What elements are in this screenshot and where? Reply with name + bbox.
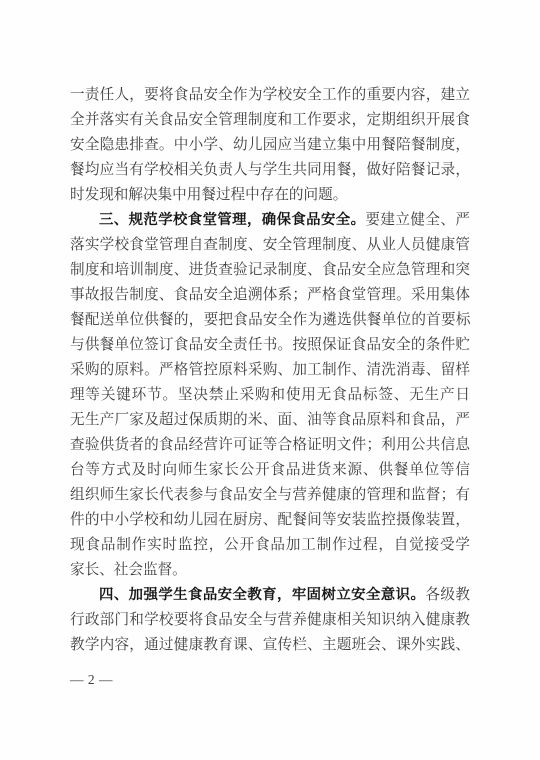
text-run: 安全隐患排查。中小学、幼儿园应当建立集中用餐陪餐制度，每 — [70, 137, 470, 158]
text-run: 组织师生家长代表参与食品安全与营养健康的管理和监督；有条 — [70, 487, 470, 508]
text-run: 时发现和解决集中用餐过程中存在的问题。 — [70, 187, 347, 203]
text-run: 无生产厂家及超过保质期的米、面、油等食品原料和食品，严格 — [70, 412, 470, 433]
text-run: 台等方式及时向师生家长公开食品进货来源、供餐单位等信息， — [70, 462, 470, 483]
text-run: 餐均应当有学校相关负责人与学生共同用餐，做好陪餐记录，及 — [70, 162, 470, 183]
text-run: 全并落实有关食品安全管理制度和工作要求，定期组织开展食品 — [70, 112, 470, 133]
section-heading-line: 三、规范学校食堂管理，确保食品安全。要建立健全、严格 — [70, 208, 470, 233]
paragraph: 四、加强学生食品安全教育，牢固树立安全意识。各级教育行政部门和学校要将食品安全与… — [70, 583, 470, 658]
text-line: 理等关键环节。坚决禁止采购和使用无食品标签、无生产日期、 — [70, 383, 470, 408]
text-run: 采购的原料。严格管控原料采购、加工制作、清洗消毒、留样管 — [70, 362, 470, 383]
text-line: 一责任人，要将食品安全作为学校安全工作的重要内容，建立健 — [70, 83, 470, 108]
text-line: 组织师生家长代表参与食品安全与营养健康的管理和监督；有条 — [70, 483, 470, 508]
text-line: 现食品制作实时监控，公开食品加工制作过程，自觉接受学生、 — [70, 533, 470, 558]
text-run: 家长、社会监督。 — [70, 562, 187, 578]
text-run: 餐配送单位供餐的，要把食品安全作为遴选供餐单位的首要标准， — [70, 312, 470, 333]
text-line: 采购的原料。严格管控原料采购、加工制作、清洗消毒、留样管 — [70, 358, 470, 383]
page-number: — 2 — — [70, 671, 113, 688]
text-run: 与供餐单位签订食品安全责任书。按照保证食品安全的条件贮存 — [70, 337, 470, 358]
text-run: 件的中小学校和幼儿园在厨房、配餐间等安装监控摄像装置，实 — [70, 512, 470, 533]
text-run: 落实学校食堂管理自查制度、安全管理制度、从业人员健康管理 — [70, 237, 470, 258]
text-line: 无生产厂家及超过保质期的米、面、油等食品原料和食品，严格 — [70, 408, 470, 433]
text-line: 安全隐患排查。中小学、幼儿园应当建立集中用餐陪餐制度，每 — [70, 133, 470, 158]
text-run: 查验供货者的食品经营许可证等合格证明文件；利用公共信息平 — [70, 437, 470, 458]
text-line: 全并落实有关食品安全管理制度和工作要求，定期组织开展食品 — [70, 108, 470, 133]
text-line: 时发现和解决集中用餐过程中存在的问题。 — [70, 183, 470, 208]
paragraph: 一责任人，要将食品安全作为学校安全工作的重要内容，建立健全并落实有关食品安全管理… — [70, 83, 470, 208]
section-heading-line: 四、加强学生食品安全教育，牢固树立安全意识。各级教育 — [70, 583, 470, 608]
document-page: 一责任人，要将食品安全作为学校安全工作的重要内容，建立健全并落实有关食品安全管理… — [0, 0, 540, 760]
text-run: 行政部门和学校要将食品安全与营养健康相关知识纳入健康教育 — [70, 612, 470, 633]
text-line: 制度和培训制度、进货查验记录制度、食品安全应急管理和突发 — [70, 258, 470, 283]
text-line: 落实学校食堂管理自查制度、安全管理制度、从业人员健康管理 — [70, 233, 470, 258]
text-run: 现食品制作实时监控，公开食品加工制作过程，自觉接受学生、 — [70, 537, 470, 558]
text-line: 台等方式及时向师生家长公开食品进货来源、供餐单位等信息， — [70, 458, 470, 483]
text-run: 教学内容，通过健康教育课、宣传栏、主题班会、课外实践、新 — [70, 637, 470, 658]
text-line: 与供餐单位签订食品安全责任书。按照保证食品安全的条件贮存 — [70, 333, 470, 358]
section-heading: 四、加强学生食品安全教育，牢固树立安全意识。 — [99, 587, 425, 603]
paragraph: 三、规范学校食堂管理，确保食品安全。要建立健全、严格落实学校食堂管理自查制度、安… — [70, 208, 470, 583]
text-run: 事故报告制度、食品安全追溯体系；严格食堂管理。采用集体用 — [70, 287, 470, 308]
text-line: 行政部门和学校要将食品安全与营养健康相关知识纳入健康教育 — [70, 608, 470, 633]
text-run: 理等关键环节。坚决禁止采购和使用无食品标签、无生产日期、 — [70, 387, 470, 408]
text-run: 制度和培训制度、进货查验记录制度、食品安全应急管理和突发 — [70, 262, 470, 283]
text-block: 一责任人，要将食品安全作为学校安全工作的重要内容，建立健全并落实有关食品安全管理… — [70, 83, 470, 658]
text-line: 件的中小学校和幼儿园在厨房、配餐间等安装监控摄像装置，实 — [70, 508, 470, 533]
text-line: 餐均应当有学校相关负责人与学生共同用餐，做好陪餐记录，及 — [70, 158, 470, 183]
text-line: 查验供货者的食品经营许可证等合格证明文件；利用公共信息平 — [70, 433, 470, 458]
text-run: 一责任人，要将食品安全作为学校安全工作的重要内容，建立健 — [70, 87, 470, 108]
text-line: 餐配送单位供餐的，要把食品安全作为遴选供餐单位的首要标准， — [70, 308, 470, 333]
text-line: 教学内容，通过健康教育课、宣传栏、主题班会、课外实践、新 — [70, 633, 470, 658]
text-line: 事故报告制度、食品安全追溯体系；严格食堂管理。采用集体用 — [70, 283, 470, 308]
text-line: 家长、社会监督。 — [70, 558, 470, 583]
section-heading: 三、规范学校食堂管理，确保食品安全。 — [99, 212, 365, 228]
